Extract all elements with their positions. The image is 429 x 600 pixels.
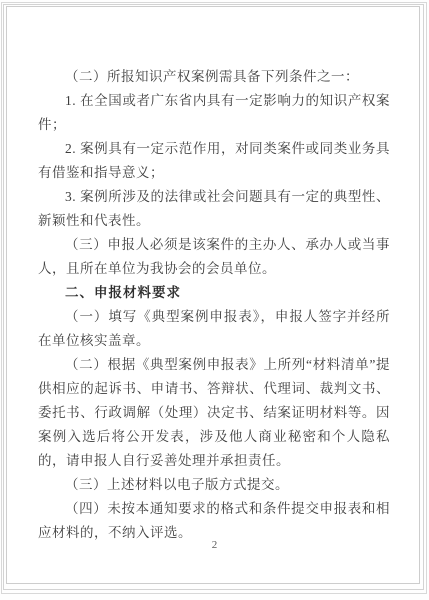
paragraph-condition-1: 1. 在全国或者广东省内具有一定影响力的知识产权案件； [38, 89, 390, 137]
paragraph-material-3: （三）上述材料以电子版方式提交。 [38, 473, 390, 497]
paragraph-condition-2: 2. 案例具有一定示范作用，对同类案件或同类业务具有借鉴和指导意义； [38, 137, 390, 185]
paragraph-condition-3: 3. 案例所涉及的法律或社会问题具有一定的典型性、新颖性和代表性。 [38, 185, 390, 233]
scanned-document-page: （二）所报知识产权案例需具备下列条件之一： 1. 在全国或者广东省内具有一定影响… [0, 0, 429, 600]
paragraph-material-1: （一）填写《典型案例申报表》，申报人签字并经所在单位核实盖章。 [38, 305, 390, 353]
section-heading-materials: 二、申报材料要求 [38, 281, 390, 305]
paragraph-applicant-requirement: （三）申报人必须是该案件的主办人、承办人或当事人，且所在单位为我协会的会员单位。 [38, 233, 390, 281]
document-body: （二）所报知识产权案例需具备下列条件之一： 1. 在全国或者广东省内具有一定影响… [38, 65, 390, 545]
page-number: 2 [0, 538, 429, 552]
paragraph-material-2: （二）根据《典型案例申报表》上所列“材料清单”提供相应的起诉书、申请书、答辩状、… [38, 353, 390, 473]
paragraph-condition-intro: （二）所报知识产权案例需具备下列条件之一： [38, 65, 390, 89]
